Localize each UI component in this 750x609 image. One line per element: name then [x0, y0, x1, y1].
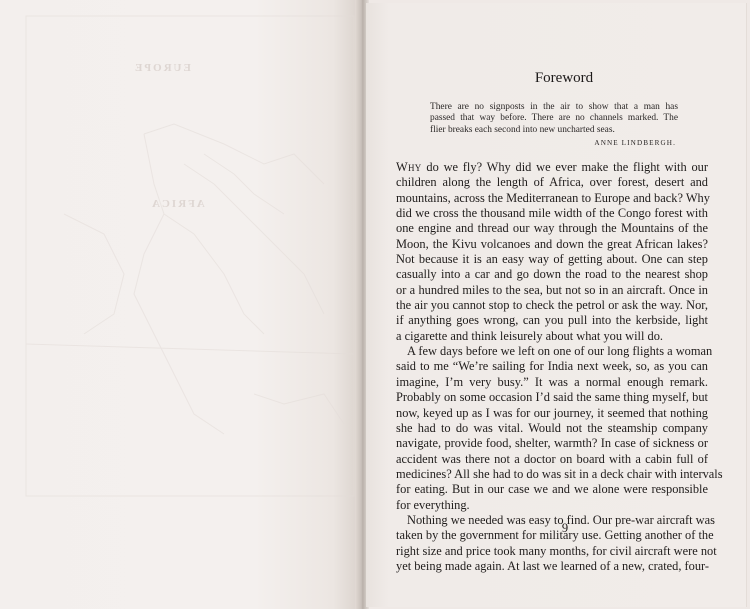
text-line: medicines? All she had to do was sit in … [396, 467, 708, 482]
text-line: or a hundred miles to the sea, but not s… [396, 283, 708, 298]
text-line: she had to do was vital. Would not the s… [396, 421, 708, 436]
text-line: for eating. But in our case we and we al… [396, 482, 708, 497]
text-line: accident was there not a doctor on board… [396, 452, 708, 467]
text-line: Why do we fly? Why did we ever make the … [396, 160, 708, 175]
book-spread: EUROPE AFRICA Foreword There are no sign… [0, 0, 750, 609]
text-line: imagine, I’m very busy.” It was a normal… [396, 375, 708, 390]
page-number: 9 [375, 521, 750, 536]
text-line: if anything goes wrong, can you pull int… [396, 313, 708, 328]
right-page: Foreword There are no signposts in the a… [366, 3, 747, 607]
epigraph-line: There are no signposts in the air to sho… [430, 102, 678, 113]
text-line: A few days before we left on one of our … [396, 344, 708, 359]
ghost-label-africa: AFRICA [150, 198, 205, 210]
text-line: the air you cannot stop to check the pet… [396, 298, 708, 313]
text-line: one engine and thread our way through th… [396, 221, 708, 236]
text-line: yet being made again. At last we learned… [396, 559, 708, 574]
text-line: casually into a car and go down the road… [396, 267, 708, 282]
epigraph-attribution: ANNE LINDBERGH. [430, 139, 676, 147]
text-line: children along the length of Africa, ove… [396, 175, 708, 190]
text-line: for everything. [396, 498, 708, 513]
text-line: Probably on some occasion I’d said the s… [396, 390, 708, 405]
text-line: navigate, provide food, shelter, warmth?… [396, 436, 708, 451]
epigraph: There are no signposts in the air to sho… [430, 102, 678, 136]
text-line: right size and price took many months, f… [396, 544, 708, 559]
text-line: a cigarette and think leisurely about wh… [396, 329, 708, 344]
text-line: did we cross the thousand mile width of … [396, 206, 708, 221]
text-line: Moon, the Kivu volcanoes and down the gr… [396, 237, 708, 252]
map-show-through [24, 14, 356, 504]
epigraph-line: passed that way before. There are no cha… [430, 113, 678, 124]
text-line: mountains, across the Mediterranean to E… [396, 191, 708, 206]
epigraph-line: flier breaks each second into new unchar… [430, 125, 678, 136]
text-line: now, keyed up as I was for our journey, … [396, 406, 708, 421]
text-line: said to me “We’re sailing for India next… [396, 359, 708, 374]
ghost-label-europe: EUROPE [133, 62, 191, 74]
left-page: EUROPE AFRICA [0, 0, 362, 609]
text-line: Not because it is an easy way of getting… [396, 252, 708, 267]
body-text: Why do we fly? Why did we ever make the … [396, 160, 708, 574]
chapter-title: Foreword [374, 70, 750, 87]
lead-smallcaps: Why [396, 160, 422, 174]
